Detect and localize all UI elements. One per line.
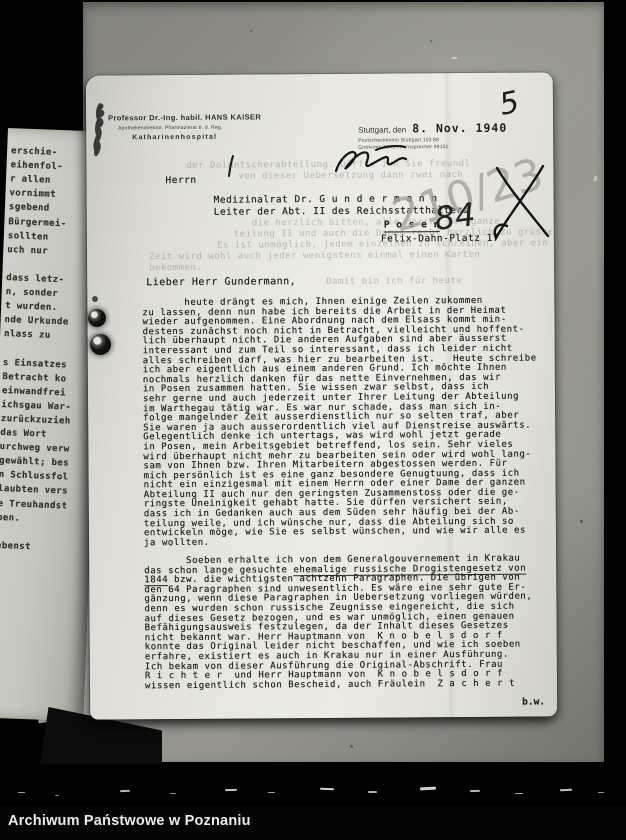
fragment-line: laubten vers (0, 484, 68, 497)
archive-caption: Archiwum Państwowe w Poznaniu (8, 813, 251, 829)
ghost-line: Zeit wird wohl auch jeder wenigstens ein… (149, 250, 480, 262)
fragment-line: ebenst (0, 541, 31, 552)
fragment-line: einwandfrei (2, 386, 66, 398)
fragment-line: r allen (10, 174, 51, 186)
recipient-street: Felix-Dahn-Platz 17 (381, 233, 499, 245)
ghost-line: Damit bin ich für heute (326, 276, 462, 287)
dateline: Stuttgart, den8. Nov. 1940 (358, 119, 507, 138)
bank-line-2: Girokonto 5545 / Fernsprecher 99151 (358, 144, 448, 151)
ghost-line: der Dolmetscherabteilung. Dürfte ich Sie… (186, 159, 470, 171)
fragment-line: n, sonder (6, 287, 59, 299)
salutation: Lieber Herr Gundermann, (146, 276, 296, 288)
fragment-line: ben. (0, 512, 20, 523)
fragment-line: sollten (8, 231, 49, 243)
ink-dot (92, 296, 98, 302)
dateline-date: 8. Nov. 1940 (412, 121, 507, 136)
recipient-title: Leiter der Abt. II des Reichsstatthalter… (214, 205, 469, 218)
fragment-line: e Treuhandst (0, 498, 68, 511)
letterhead-hospital: Katharinenhospital (132, 134, 217, 142)
typed-line: wissen eigentlich schon Bescheid, auch F… (145, 679, 533, 691)
fragment-line: nlass zu (4, 329, 51, 341)
ghost-line: bekommen. (149, 263, 202, 273)
fragment-line: nde Urkunde (4, 315, 68, 327)
fragment-line: eihenfol- (10, 160, 63, 172)
recipient-city: P o s e n (384, 219, 440, 232)
bank-line-1: Postscheckkonto Stuttgart 110 88 (358, 137, 439, 144)
fragment-line: t wurden. (5, 301, 58, 313)
ghost-line: von dieser Uebersetzung dann zwei nach (238, 170, 463, 182)
punch-hole-grommet (90, 334, 111, 355)
archival-scan: erschie-eihenfol-r allenvornimmtsgebendB… (0, 0, 626, 840)
fragment-line: gewählt; bes (0, 456, 69, 469)
fragment-line: n Schlussfol (0, 470, 69, 483)
dateline-place: Stuttgart, den (358, 125, 406, 134)
fragment-line: dass letz- (6, 273, 65, 285)
punch-hole-grommet (88, 309, 106, 327)
letterhead-ink-ornament (90, 101, 112, 159)
fragment-line: zurückzuzieh (1, 414, 71, 427)
fragment-line: erschie- (11, 146, 58, 158)
recipient-name: Medizinalrat Dr. G u n d e r m a n n (214, 193, 438, 206)
archive-caption-bar: Archiwum Państwowe w Poznaniu (0, 806, 626, 840)
letter-page: der Dolmetscherabteilung. Dürfte ich Sie… (86, 72, 557, 719)
fragment-line: ichsgau War- (1, 400, 71, 413)
typed-line: ja wollten. (144, 536, 538, 548)
fragment-line: Bürgermei- (8, 217, 67, 229)
fragment-line: vornimmt (9, 188, 56, 200)
fragment-line: sgebend (9, 202, 50, 214)
page-turn-note: b.w. (522, 696, 545, 707)
letterhead-name: Professor Dr.-Ing. habil. HANS KAISER (108, 112, 261, 122)
ghost-line: die herzlich bitten, alle Herren der gan… (252, 217, 501, 229)
recipient-prefix: Herrn (165, 175, 196, 186)
letterhead-subtitle: Apothekendirektor, Pharmazierat b. d. Re… (118, 125, 222, 132)
letter-body-paragraph-1: heute drängt es mich, Ihnen einige Zeile… (142, 296, 538, 548)
fragment-line: urchweg verw (0, 442, 70, 455)
fragment-line: uch nur (7, 245, 48, 257)
fragment-line: Betracht ko (2, 372, 66, 384)
fragment-line: das Wort (0, 428, 47, 440)
letter-body-paragraph-2: Soeben erhalte ich von dem Generalgouver… (144, 555, 533, 692)
fragment-line: s Einsatzes (3, 357, 67, 369)
